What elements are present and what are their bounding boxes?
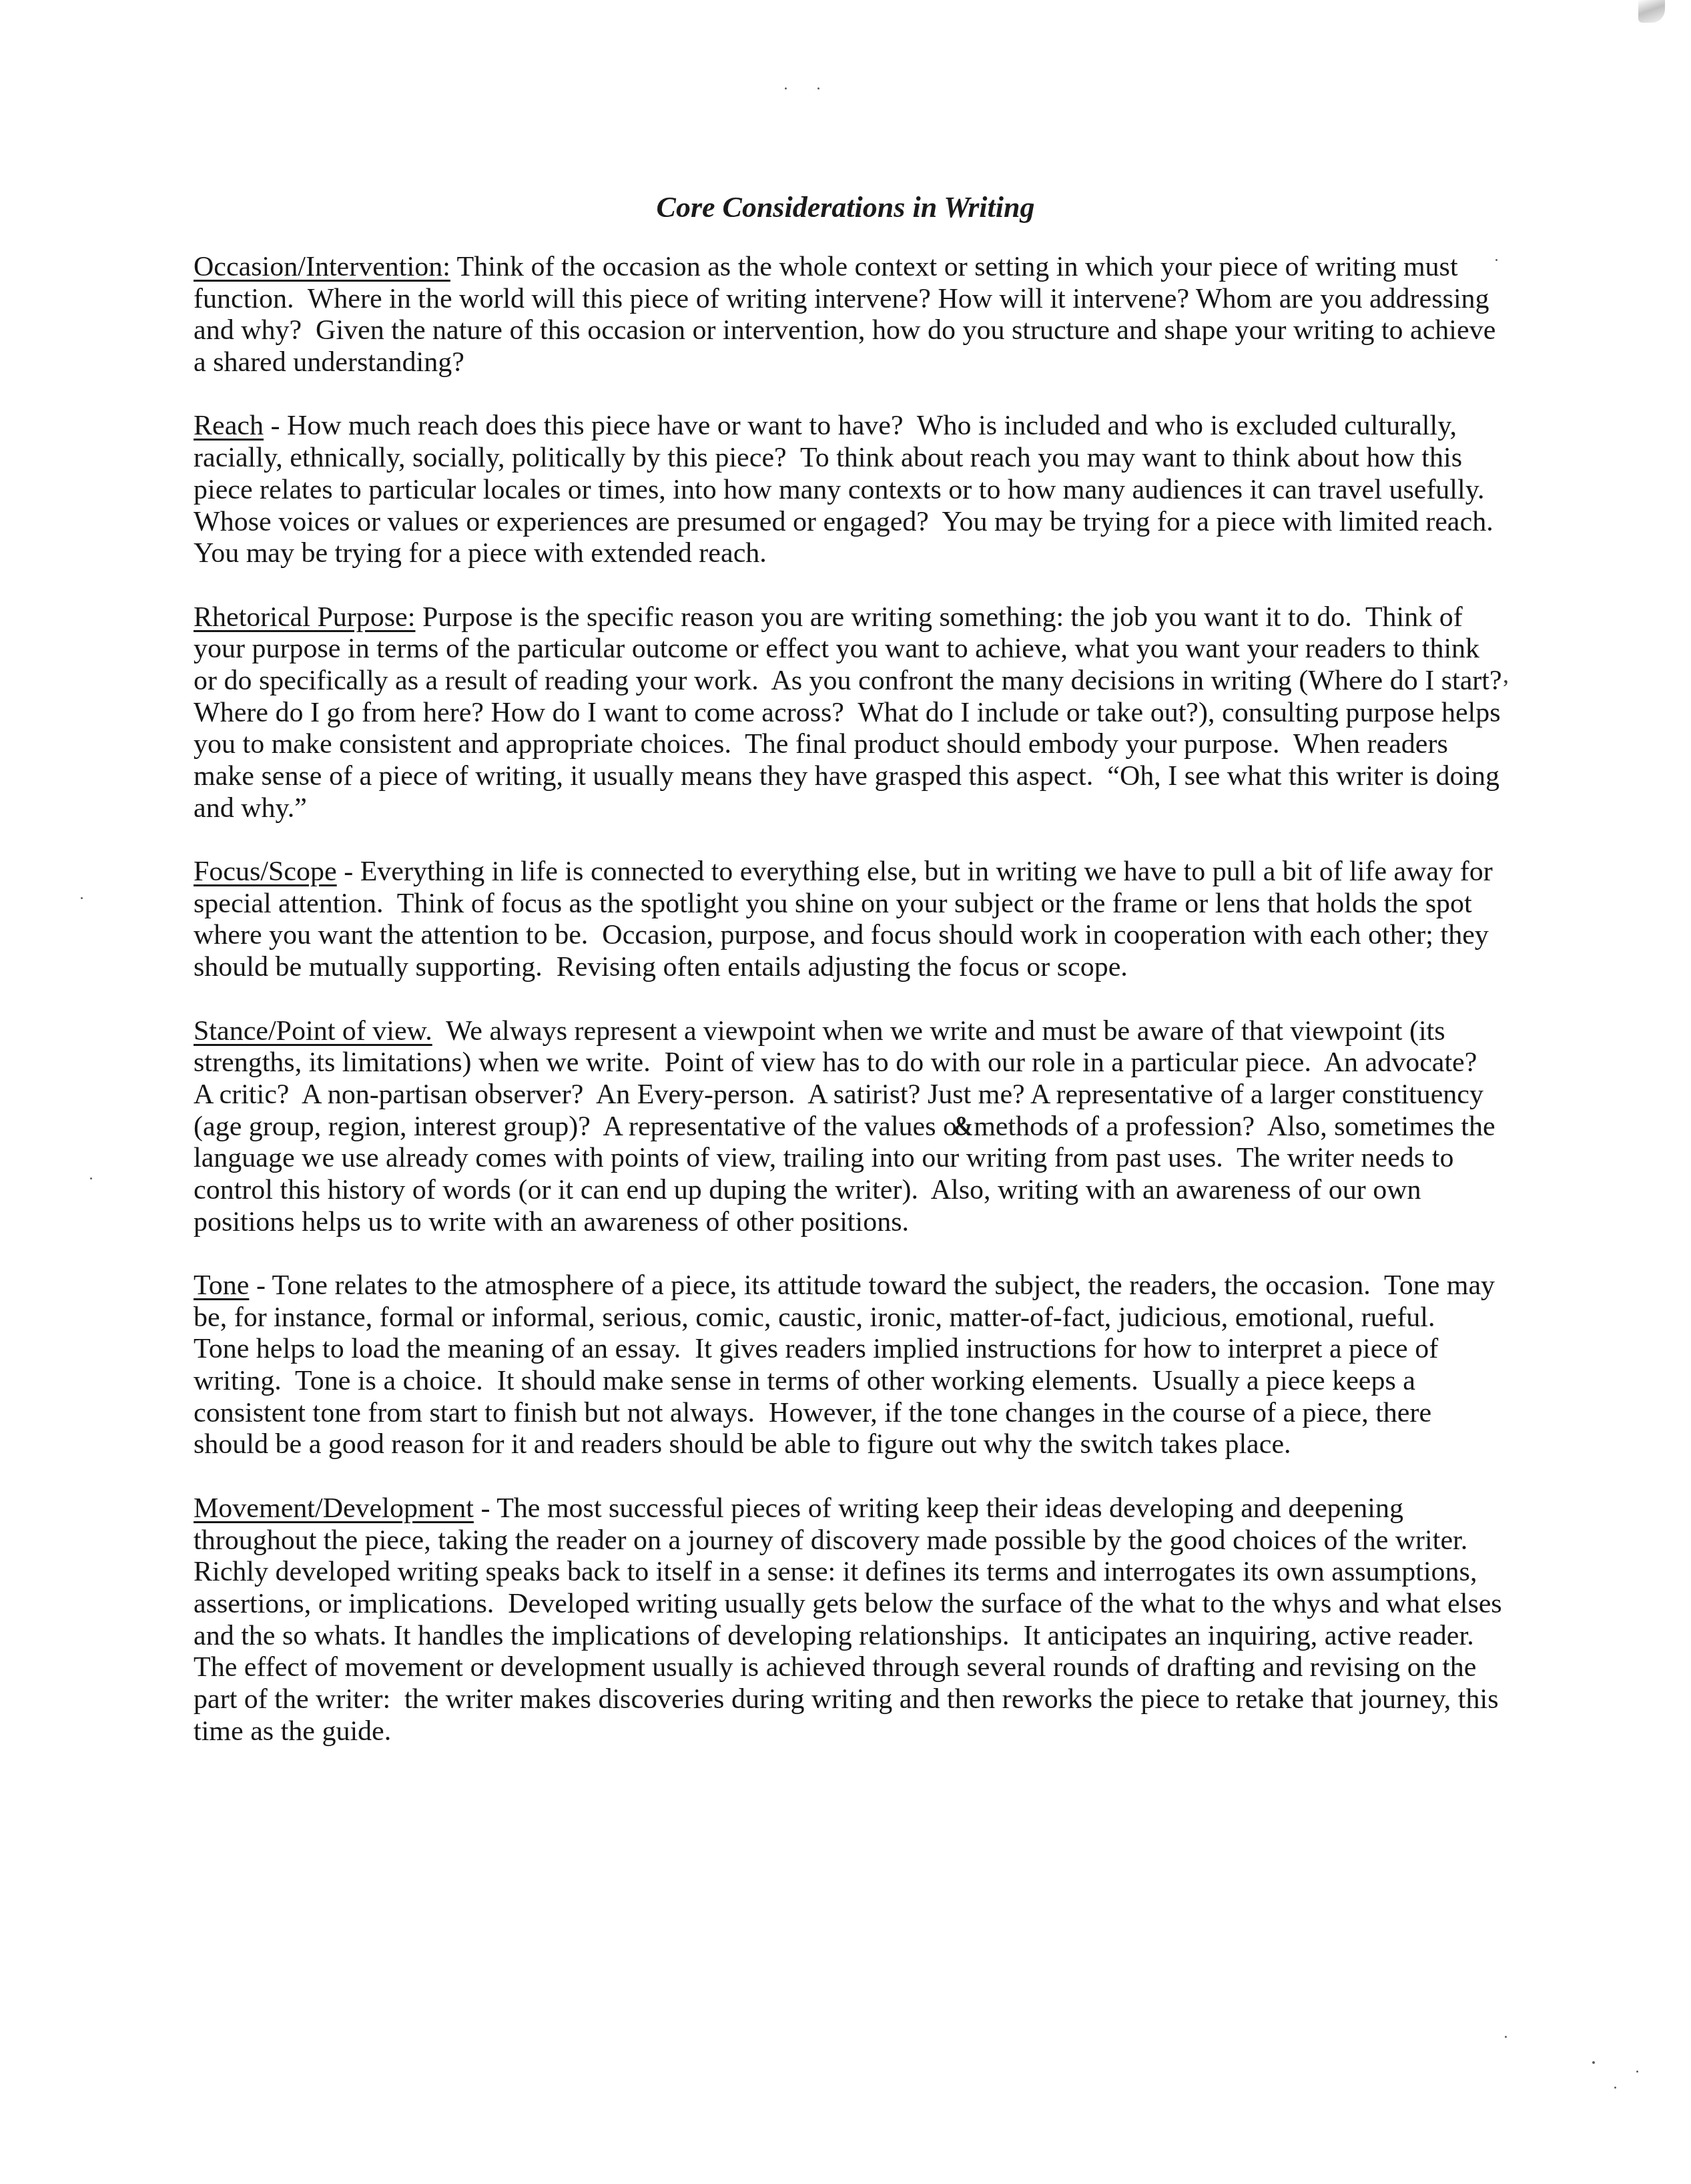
text-line: Occasion/Intervention: Think of the occa… xyxy=(194,252,1528,284)
text-line: where you want the attention to be. Occa… xyxy=(194,920,1528,952)
text-line: racially, ethnically, socially, politica… xyxy=(194,443,1528,475)
scan-speck xyxy=(1636,2071,1638,2073)
overstrike-mark: & xyxy=(954,1111,974,1143)
text-line: control this history of words (or it can… xyxy=(194,1175,1528,1207)
text-line: Where do I go from here? How do I want t… xyxy=(194,698,1528,730)
text-line: should be mutually supporting. Revising … xyxy=(194,952,1528,984)
section-heading: Rhetorical Purpose: xyxy=(194,602,415,633)
text-line: Stance/Point of view. We always represen… xyxy=(194,1016,1528,1048)
section-heading: Reach xyxy=(194,411,264,441)
text-line: make sense of a piece of writing, it usu… xyxy=(194,761,1528,793)
text-line: (age group, region, interest group)? A r… xyxy=(194,1111,1528,1143)
text-line: piece relates to particular locales or t… xyxy=(194,475,1528,507)
section-stance-point-of-view: Stance/Point of view. We always represen… xyxy=(194,1016,1528,1239)
scan-speck xyxy=(817,87,819,89)
scanned-page: , Core Considerations in Writing Occasio… xyxy=(0,0,1691,2184)
section-reach: Reach - How much reach does this piece h… xyxy=(194,411,1528,569)
text-line: The effect of movement or development us… xyxy=(194,1652,1528,1684)
text-line: should be a good reason for it and reade… xyxy=(194,1429,1528,1461)
text-line: language we use already comes with point… xyxy=(194,1143,1528,1175)
text-line: special attention. Think of focus as the… xyxy=(194,888,1528,920)
scan-speck xyxy=(90,1177,92,1179)
text-line: function. Where in the world will this p… xyxy=(194,284,1528,316)
text-line: Tone - Tone relates to the atmosphere of… xyxy=(194,1270,1528,1302)
text-line: throughout the piece, taking the reader … xyxy=(194,1525,1528,1557)
text-line: consistent tone from start to finish but… xyxy=(194,1398,1528,1430)
text-line: be, for instance, formal or informal, se… xyxy=(194,1302,1528,1334)
text-line: assertions, or implications. Developed w… xyxy=(194,1589,1528,1621)
section-rhetorical-purpose: Rhetorical Purpose: Purpose is the speci… xyxy=(194,602,1528,825)
section-heading: Occasion/Intervention: xyxy=(194,252,450,282)
text-line: you to make consistent and appropriate c… xyxy=(194,729,1528,761)
text-line: Whose voices or values or experiences ar… xyxy=(194,507,1528,539)
section-occasion-intervention: Occasion/Intervention: Think of the occa… xyxy=(194,252,1528,379)
text-line: Tone helps to load the meaning of an ess… xyxy=(194,1334,1528,1366)
text-line: Richly developed writing speaks back to … xyxy=(194,1557,1528,1589)
text-line: and why? Given the nature of this occasi… xyxy=(194,315,1528,347)
scan-speck xyxy=(1592,2061,1595,2064)
text-line: Rhetorical Purpose: Purpose is the speci… xyxy=(194,602,1528,634)
scan-speck xyxy=(785,87,787,89)
section-focus-scope: Focus/Scope - Everything in life is conn… xyxy=(194,856,1528,984)
text-line: strengths, its limitations) when we writ… xyxy=(194,1047,1528,1079)
section-movement-development: Movement/Development - The most successf… xyxy=(194,1493,1528,1748)
text-line: or do specifically as a result of readin… xyxy=(194,665,1528,698)
text-line: a shared understanding? xyxy=(194,347,1528,379)
scan-smudge xyxy=(1638,0,1665,23)
text-line: time as the guide. xyxy=(194,1716,1528,1748)
section-tone: Tone - Tone relates to the atmosphere of… xyxy=(194,1270,1528,1461)
text-line: part of the writer: the writer makes dis… xyxy=(194,1684,1528,1716)
text-line: and why.” xyxy=(194,793,1528,825)
text-line: your purpose in terms of the particular … xyxy=(194,633,1528,665)
section-heading: Movement/Development xyxy=(194,1493,474,1524)
page-title: Core Considerations in Writing xyxy=(0,189,1691,226)
scan-speck xyxy=(1505,2036,1507,2038)
document-body: Occasion/Intervention: Think of the occa… xyxy=(194,252,1528,1780)
text-line: Focus/Scope - Everything in life is conn… xyxy=(194,856,1528,888)
text-line: Movement/Development - The most successf… xyxy=(194,1493,1528,1525)
section-heading: Tone xyxy=(194,1270,249,1301)
text-line: A critic? A non-partisan observer? An Ev… xyxy=(194,1079,1528,1111)
text-line: You may be trying for a piece with exten… xyxy=(194,538,1528,570)
scan-speck xyxy=(81,897,83,899)
text-line: and the so whats. It handles the implica… xyxy=(194,1621,1528,1653)
section-heading: Focus/Scope xyxy=(194,856,337,887)
text-line: positions helps us to write with an awar… xyxy=(194,1207,1528,1239)
text-line: Reach - How much reach does this piece h… xyxy=(194,411,1528,443)
scan-speck xyxy=(1614,2087,1616,2089)
section-heading: Stance/Point of view. xyxy=(194,1016,432,1047)
text-line: writing. Tone is a choice. It should mak… xyxy=(194,1366,1528,1398)
